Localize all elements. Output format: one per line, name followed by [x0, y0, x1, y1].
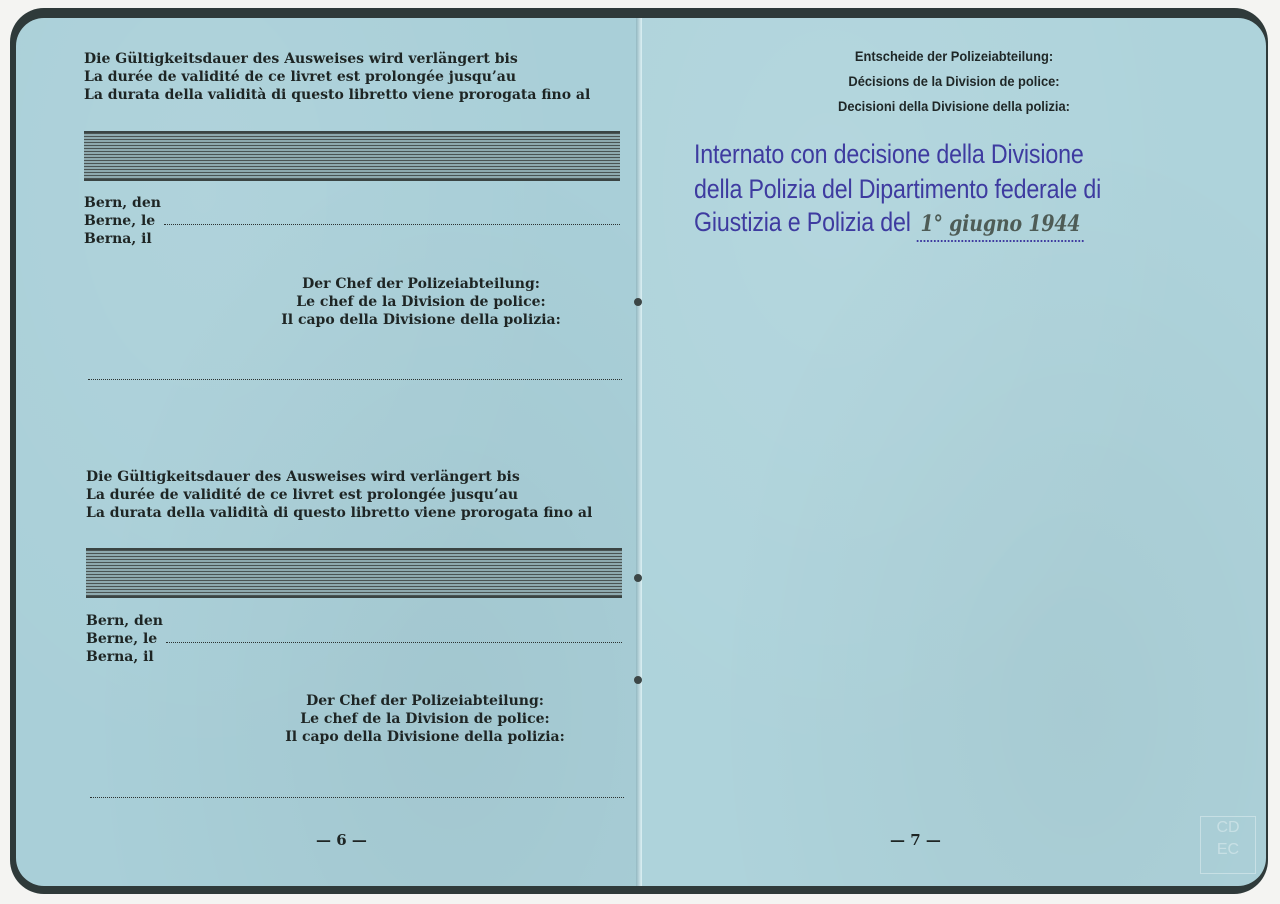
place-line-it-2: Berna, il — [86, 648, 154, 666]
right-page: Entscheide der Polizeiabteilung: Décisio… — [642, 18, 1266, 886]
signatory-it-1: Il capo della Divisione della polizia: — [266, 311, 576, 329]
validity-line-it-1: La durata della validità di questo libre… — [84, 86, 590, 104]
validity-line-fr-2: La durée de validité de ce livret est pr… — [86, 486, 518, 504]
place-line-fr-1: Berne, le — [84, 212, 155, 230]
validity-line-de-2: Die Gültigkeitsdauer des Ausweises wird … — [86, 468, 520, 486]
booklet: Die Gültigkeitsdauer des Ausweises wird … — [10, 8, 1268, 894]
left-page: Die Gültigkeitsdauer des Ausweises wird … — [16, 18, 640, 886]
place-line-de-2: Bern, den — [86, 612, 163, 630]
validity-line-de-1: Die Gültigkeitsdauer des Ausweises wird … — [84, 50, 518, 68]
watermark-line-2: EC — [1201, 839, 1255, 861]
place-line-de-1: Bern, den — [84, 194, 161, 212]
page-number-left: — 6 — — [316, 831, 367, 849]
signature-line-2 — [90, 797, 624, 798]
internment-stamp-line-2: della Polizia del Dipartimento federale … — [694, 173, 1101, 205]
signatory-fr-2: Le chef de la Division de police: — [270, 710, 580, 728]
date-field-2 — [166, 642, 622, 643]
internment-stamp-line-1: Internato con decisione della Divisione — [694, 138, 1084, 170]
internment-stamp-line-3: Giustizia e Polizia del 1° giugno 1944 — [694, 206, 1084, 242]
signatory-de-1: Der Chef der Polizeiabteilung: — [266, 275, 576, 293]
page-number-right: — 7 — — [890, 831, 941, 849]
validity-line-it-2: La durata della validità di questo libre… — [86, 504, 592, 522]
validity-hatched-field-1 — [84, 131, 620, 181]
watermark-line-1: CD — [1201, 817, 1255, 839]
date-field-1 — [164, 224, 620, 225]
signatory-de-2: Der Chef der Polizeiabteilung: — [270, 692, 580, 710]
decisions-heading-de: Entscheide der Polizeiabteilung: — [667, 45, 1241, 67]
place-line-fr-2: Berne, le — [86, 630, 157, 648]
staple-middle — [634, 574, 642, 582]
archive-watermark: CD EC — [1200, 816, 1256, 874]
staple-top — [634, 298, 642, 306]
staple-bottom — [634, 676, 642, 684]
decision-date-field: 1° giugno 1944 — [917, 206, 1084, 242]
place-line-it-1: Berna, il — [84, 230, 152, 248]
signatory-fr-1: Le chef de la Division de police: — [266, 293, 576, 311]
validity-line-fr-1: La durée de validité de ce livret est pr… — [84, 68, 516, 86]
decisions-heading-fr: Décisions de la Division de police: — [667, 70, 1241, 92]
validity-hatched-field-2 — [86, 548, 622, 598]
decisions-heading-it: Decisioni della Divisione della polizia: — [667, 95, 1241, 117]
signatory-it-2: Il capo della Divisione della polizia: — [270, 728, 580, 746]
signature-line-1 — [88, 379, 622, 380]
internment-stamp-line-3-text: Giustizia e Polizia del — [694, 207, 911, 237]
handwritten-date: 1° giugno 1944 — [920, 211, 1080, 237]
